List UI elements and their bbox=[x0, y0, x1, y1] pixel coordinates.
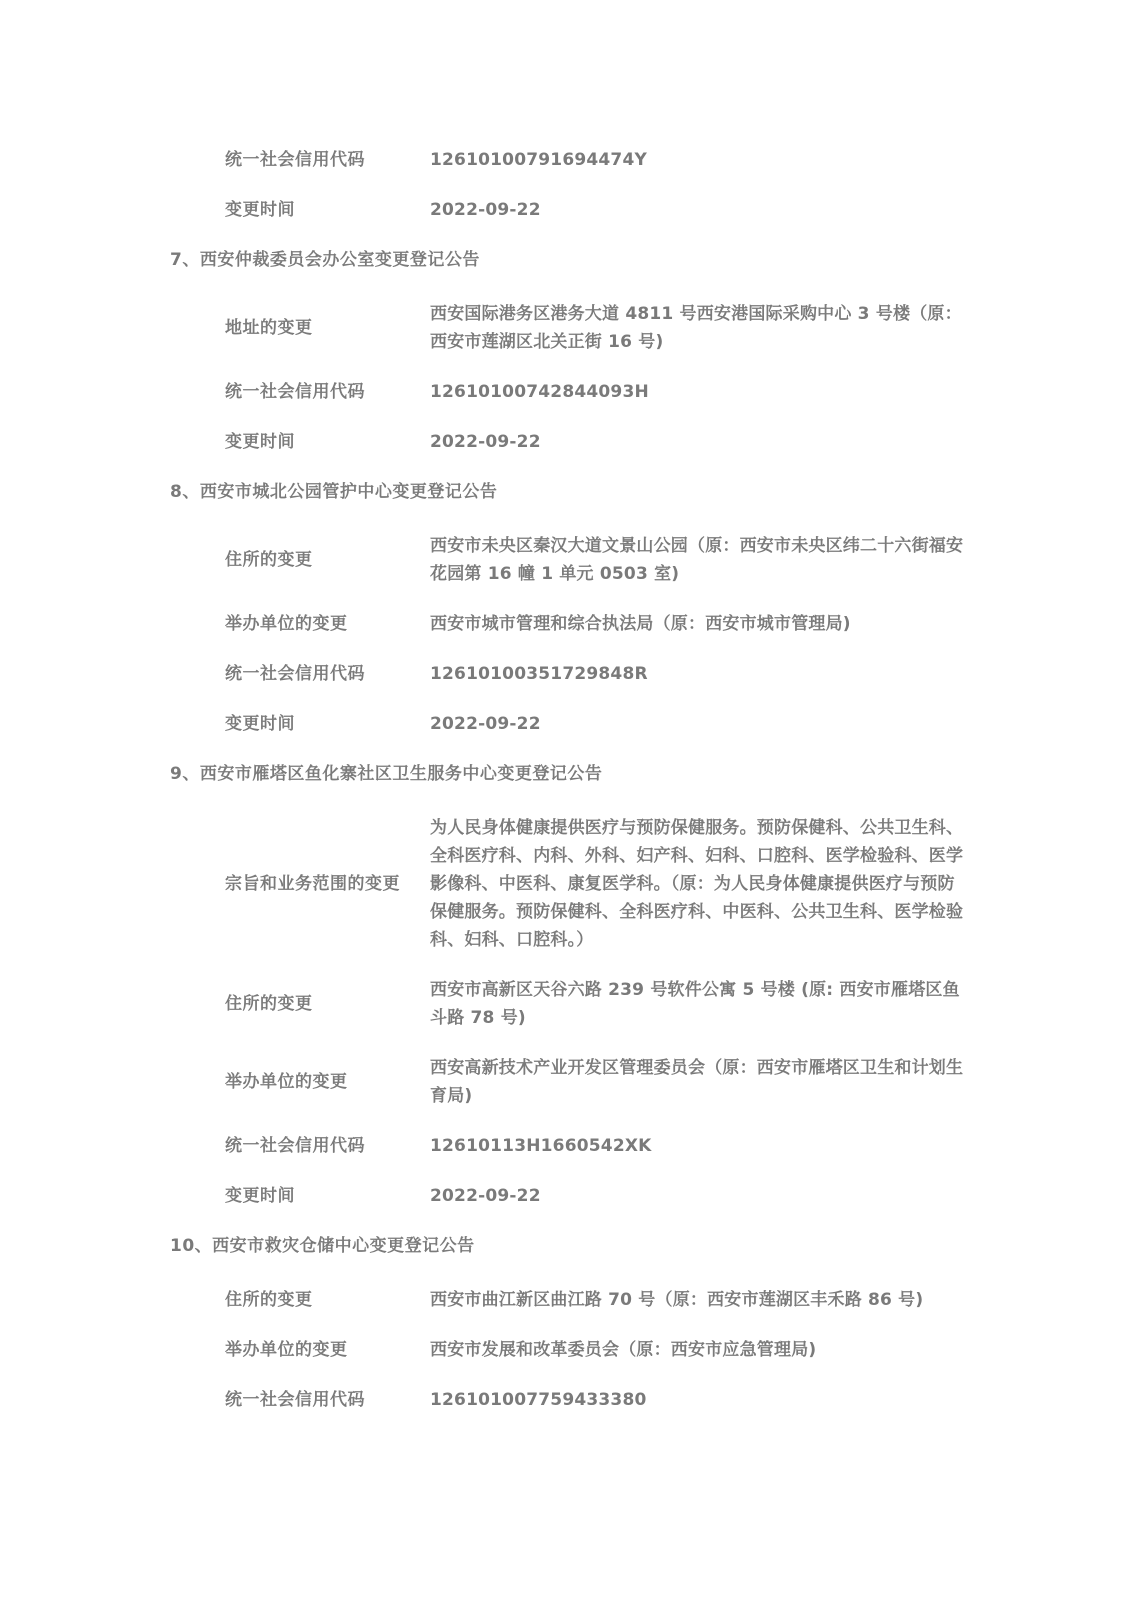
field-label: 住所的变更 bbox=[225, 1286, 430, 1314]
field-value: 为人民身体健康提供医疗与预防保健服务。预防保健科、公共卫生科、全科医疗科、内科、… bbox=[430, 814, 967, 954]
field-value: 西安市曲江新区曲江路 70 号（原：西安市莲湖区丰禾路 86 号) bbox=[430, 1286, 967, 1314]
field-row: 统一社会信用代码 12610100791694474Y bbox=[225, 146, 1131, 174]
field-label: 举办单位的变更 bbox=[225, 610, 430, 638]
field-label: 统一社会信用代码 bbox=[225, 146, 430, 174]
field-row: 统一社会信用代码 126101007759433380 bbox=[225, 1386, 1131, 1414]
field-label: 变更时间 bbox=[225, 710, 430, 738]
field-value: 12610100791694474Y bbox=[430, 146, 967, 174]
field-value: 2022-09-22 bbox=[430, 196, 967, 224]
field-value: 西安市发展和改革委员会（原：西安市应急管理局) bbox=[430, 1336, 967, 1364]
field-label: 统一社会信用代码 bbox=[225, 660, 430, 688]
announcement-page: 统一社会信用代码 12610100791694474Y 变更时间 2022-09… bbox=[0, 0, 1131, 1600]
field-row: 宗旨和业务范围的变更 为人民身体健康提供医疗与预防保健服务。预防保健科、公共卫生… bbox=[225, 814, 1131, 954]
section-title: 7、西安仲裁委员会办公室变更登记公告 bbox=[170, 246, 1131, 274]
field-label: 宗旨和业务范围的变更 bbox=[225, 870, 430, 898]
field-row: 住所的变更 西安市曲江新区曲江路 70 号（原：西安市莲湖区丰禾路 86 号) bbox=[225, 1286, 1131, 1314]
section-title: 10、西安市救灾仓储中心变更登记公告 bbox=[170, 1232, 1131, 1260]
field-value: 12610113H1660542XK bbox=[430, 1132, 967, 1160]
field-value: 西安市未央区秦汉大道文景山公园（原：西安市未央区纬二十六街福安花园第 16 幢 … bbox=[430, 532, 967, 588]
field-row: 举办单位的变更 西安高新技术产业开发区管理委员会（原：西安市雁塔区卫生和计划生育… bbox=[225, 1054, 1131, 1110]
field-row: 举办单位的变更 西安市城市管理和综合执法局（原：西安市城市管理局) bbox=[225, 610, 1131, 638]
field-value: 西安市高新区天谷六路 239 号软件公寓 5 号楼 (原: 西安市雁塔区鱼斗路 … bbox=[430, 976, 967, 1032]
field-row: 变更时间 2022-09-22 bbox=[225, 196, 1131, 224]
field-label: 住所的变更 bbox=[225, 546, 430, 574]
field-row: 变更时间 2022-09-22 bbox=[225, 428, 1131, 456]
field-value: 12610100742844093H bbox=[430, 378, 967, 406]
field-label: 举办单位的变更 bbox=[225, 1068, 430, 1096]
field-value: 2022-09-22 bbox=[430, 428, 967, 456]
field-value: 西安高新技术产业开发区管理委员会（原：西安市雁塔区卫生和计划生育局) bbox=[430, 1054, 967, 1110]
field-value: 126101007759433380 bbox=[430, 1386, 967, 1414]
field-label: 变更时间 bbox=[225, 428, 430, 456]
field-label: 变更时间 bbox=[225, 196, 430, 224]
field-value: 12610100351729848R bbox=[430, 660, 967, 688]
field-value: 2022-09-22 bbox=[430, 710, 967, 738]
field-row: 统一社会信用代码 12610113H1660542XK bbox=[225, 1132, 1131, 1160]
field-row: 变更时间 2022-09-22 bbox=[225, 1182, 1131, 1210]
field-value: 西安国际港务区港务大道 4811 号西安港国际采购中心 3 号楼（原：西安市莲湖… bbox=[430, 300, 967, 356]
field-label: 住所的变更 bbox=[225, 990, 430, 1018]
field-label: 举办单位的变更 bbox=[225, 1336, 430, 1364]
field-label: 统一社会信用代码 bbox=[225, 1132, 430, 1160]
field-row: 统一社会信用代码 12610100351729848R bbox=[225, 660, 1131, 688]
field-value: 2022-09-22 bbox=[430, 1182, 967, 1210]
announcement-list: 统一社会信用代码 12610100791694474Y 变更时间 2022-09… bbox=[0, 0, 1131, 1414]
field-label: 统一社会信用代码 bbox=[225, 378, 430, 406]
field-label: 统一社会信用代码 bbox=[225, 1386, 430, 1414]
field-row: 变更时间 2022-09-22 bbox=[225, 710, 1131, 738]
field-row: 住所的变更 西安市未央区秦汉大道文景山公园（原：西安市未央区纬二十六街福安花园第… bbox=[225, 532, 1131, 588]
field-row: 统一社会信用代码 12610100742844093H bbox=[225, 378, 1131, 406]
section-title: 8、西安市城北公园管护中心变更登记公告 bbox=[170, 478, 1131, 506]
section-title: 9、西安市雁塔区鱼化寨社区卫生服务中心变更登记公告 bbox=[170, 760, 1131, 788]
field-row: 地址的变更 西安国际港务区港务大道 4811 号西安港国际采购中心 3 号楼（原… bbox=[225, 300, 1131, 356]
field-label: 地址的变更 bbox=[225, 314, 430, 342]
field-row: 住所的变更 西安市高新区天谷六路 239 号软件公寓 5 号楼 (原: 西安市雁… bbox=[225, 976, 1131, 1032]
field-row: 举办单位的变更 西安市发展和改革委员会（原：西安市应急管理局) bbox=[225, 1336, 1131, 1364]
field-value: 西安市城市管理和综合执法局（原：西安市城市管理局) bbox=[430, 610, 967, 638]
field-label: 变更时间 bbox=[225, 1182, 430, 1210]
